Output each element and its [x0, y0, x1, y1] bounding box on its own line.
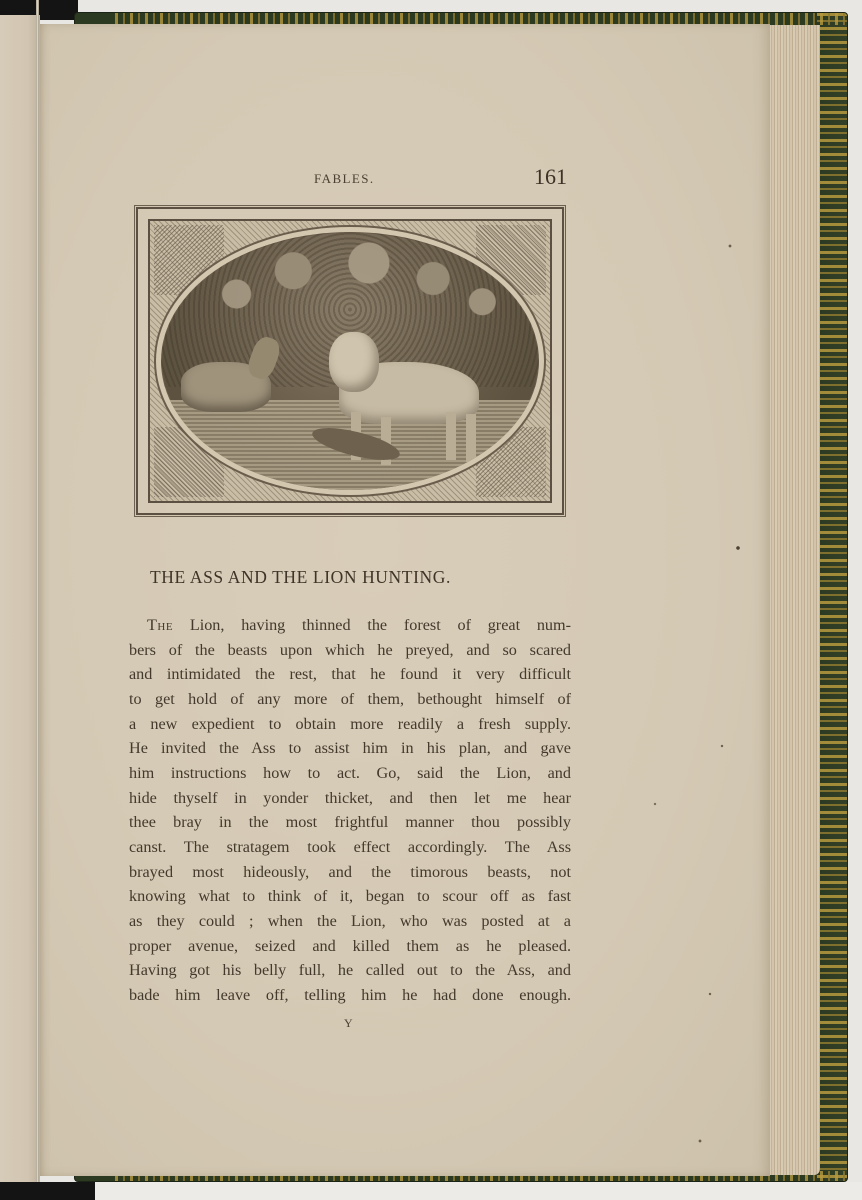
illustration-inner-frame — [148, 219, 552, 503]
body-line: to get hold of any more of them, bethoug… — [129, 687, 571, 712]
body-line: The Lion, having thinned the forest of g… — [129, 613, 571, 638]
body-line: bade him leave off, telling him he had d… — [129, 983, 571, 1008]
body-line: proper avenue, seized and killed them as… — [129, 934, 571, 959]
verso-page-edge — [0, 15, 40, 1185]
fable-body: The Lion, having thinned the forest of g… — [129, 613, 571, 1008]
fable-title: THE ASS AND THE LION HUNTING. — [150, 567, 451, 588]
lion-leg — [446, 412, 456, 460]
body-line: knowing what to think of it, began to sc… — [129, 884, 571, 909]
lion-head — [329, 332, 379, 392]
lion-leg — [466, 414, 476, 462]
signature-mark: Y — [344, 1016, 354, 1031]
engraving-oval — [156, 227, 544, 495]
body-line: Having got his belly full, he called out… — [129, 958, 571, 983]
recto-page: FABLES. 161 THE ASS AND THE LION HUNT — [40, 24, 770, 1176]
illustration-frame — [136, 207, 564, 515]
body-line: as they could ; when the Lion, who was p… — [129, 909, 571, 934]
running-head: FABLES. — [314, 171, 375, 187]
gutter-line — [36, 0, 39, 1200]
body-line: thee bray in the most frightful manner t… — [129, 810, 571, 835]
body-line: and intimidated the rest, that he found … — [129, 662, 571, 687]
background-bottom — [95, 1182, 862, 1200]
body-line: canst. The stratagem took effect accordi… — [129, 835, 571, 860]
body-line: him instructions how to act. Go, said th… — [129, 761, 571, 786]
background-bottom-left — [0, 1182, 95, 1200]
body-line: He invited the Ass to assist him in his … — [129, 736, 571, 761]
body-line: brayed most hideously, and the timorous … — [129, 860, 571, 885]
page-number: 161 — [534, 164, 567, 190]
body-line: a new expedient to obtain more readily a… — [129, 712, 571, 737]
gilt-tooling-right — [817, 13, 847, 1181]
drop-word: The — [147, 616, 173, 634]
body-line-text: Lion, having thinned the forest of great… — [173, 616, 571, 634]
body-line: bers of the beasts upon which he preyed,… — [129, 638, 571, 663]
body-line: hide thyself in yonder thicket, and then… — [129, 786, 571, 811]
